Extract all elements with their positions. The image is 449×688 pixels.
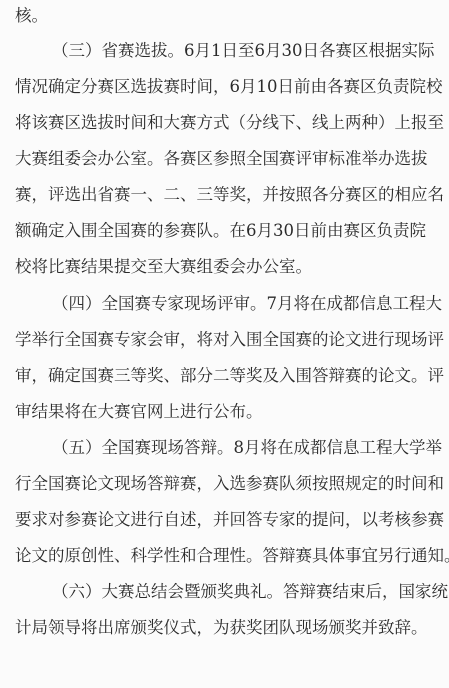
text-line: 校将比赛结果提交至大赛组委会办公室。 [15,256,423,278]
text-line: 审，确定国赛三等奖、部分二等奖及入围答辩赛的论文。评 [15,365,423,387]
text-line: 论文的原创性、科学性和合理性。答辩赛具体事宜另行通知。 [15,545,423,567]
document-page: 核。 （三）省赛选拔。6月1日至6月30日各赛区根据实际 情况确定分赛区选拔赛时… [0,0,449,688]
text-line: （五）全国赛现场答辩。8月将在成都信息工程大学举 [52,437,423,459]
text-line: 将该赛区选拔时间和大赛方式（分线下、线上两种）上报至 [15,112,423,134]
text-line: 情况确定分赛区选拔赛时间，6月10日前由各赛区负责院校 [15,76,423,98]
text-line: 大赛组委会办公室。各赛区参照全国赛评审标准举办选拔 [15,148,423,170]
text-line: （三）省赛选拔。6月1日至6月30日各赛区根据实际 [52,40,423,62]
text-line: 学举行全国赛专家会审，将对入围全国赛的论文进行现场评 [15,329,423,351]
text-line: 核。 [15,5,423,27]
text-line: 额确定入围全国赛的参赛队。在6月30日前由赛区负责院 [15,220,423,242]
text-line: （六）大赛总结会暨颁奖典礼。答辩赛结束后，国家统 [52,581,423,603]
text-line: （四）全国赛专家现场评审。7月将在成都信息工程大 [52,293,423,315]
text-line: 计局领导将出席颁奖仪式，为获奖团队现场颁奖并致辞。 [15,617,423,639]
text-line: 赛，评选出省赛一、二、三等奖，并按照各分赛区的相应名 [15,184,423,206]
text-line: 行全国赛论文现场答辩赛，入选参赛队须按照规定的时间和 [15,473,423,495]
text-line: 审结果将在大赛官网上进行公布。 [15,401,423,423]
text-line: 要求对参赛论文进行自述，并回答专家的提问，以考核参赛 [15,509,423,531]
